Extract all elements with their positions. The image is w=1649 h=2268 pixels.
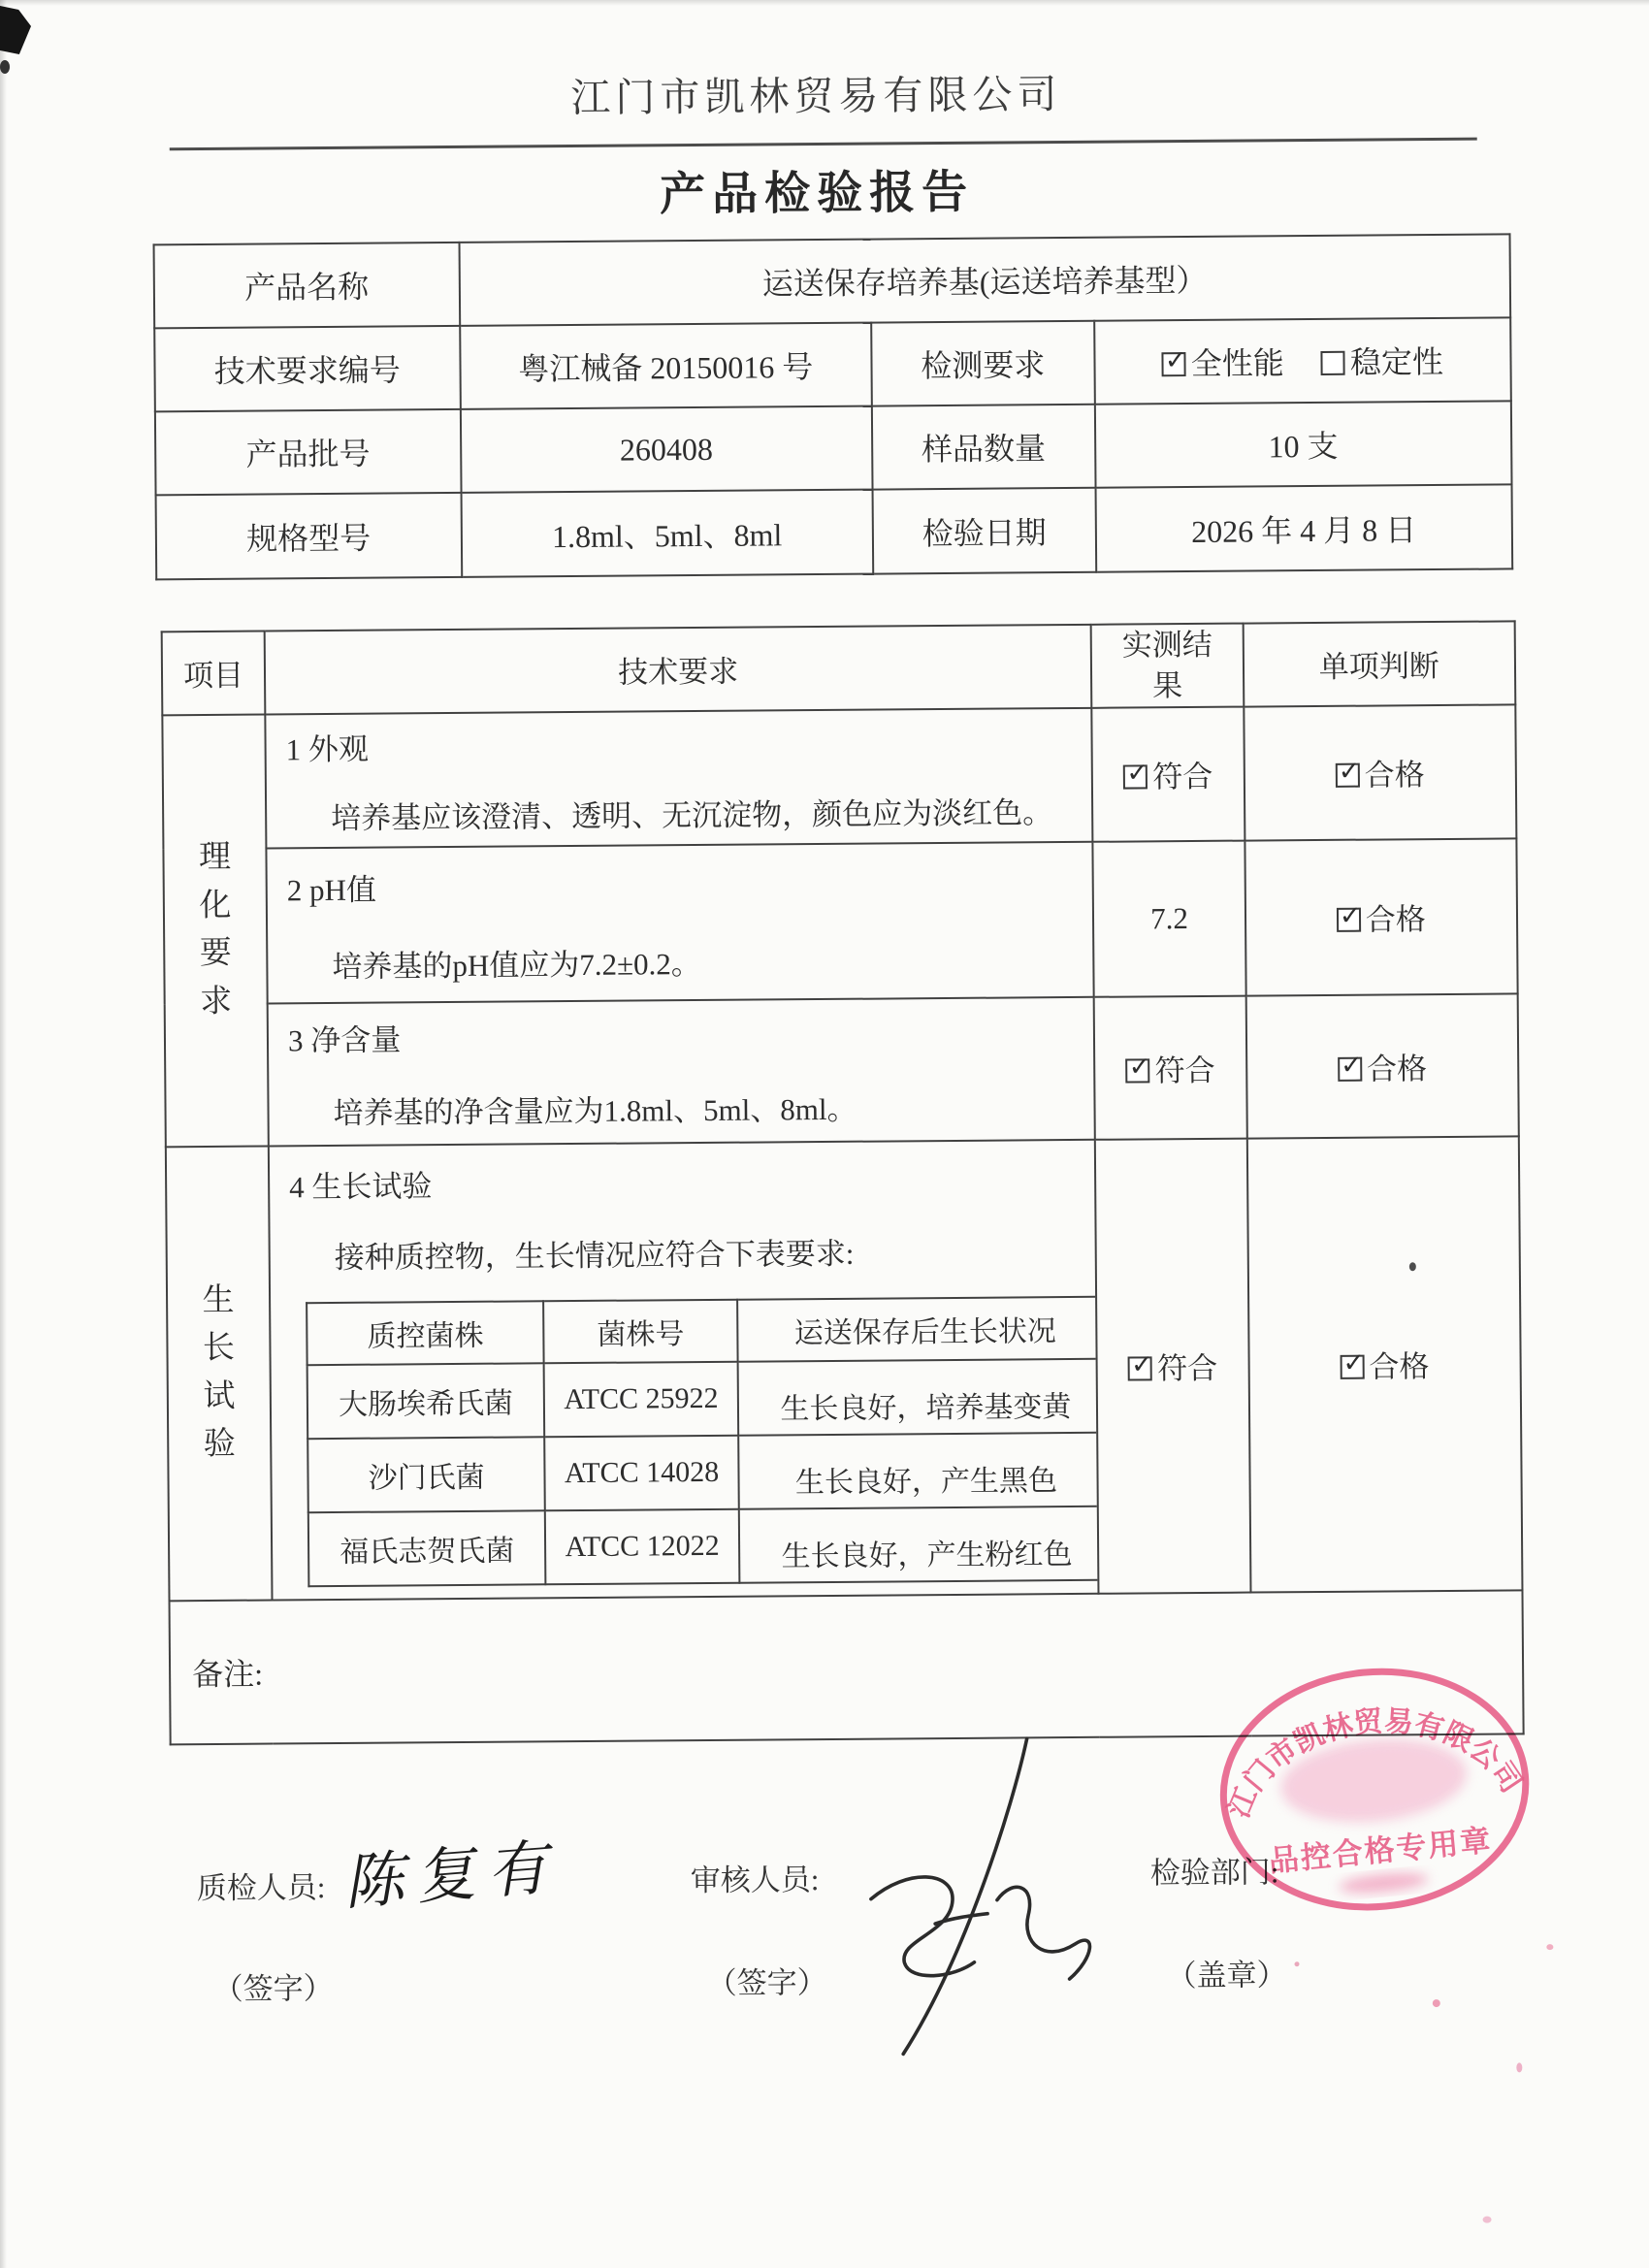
item-number: 2: [287, 873, 303, 907]
requirement-title: 1 外观: [285, 719, 1078, 768]
requirement-title: 4 生长试验: [289, 1156, 1085, 1206]
company-name: 江门市凯林贸易有限公司: [0, 57, 1641, 127]
qc-handwritten-signature: 陈复有: [340, 1819, 562, 1922]
spec-value: 1.8ml、5ml、8ml: [461, 490, 873, 577]
checkbox-checked-icon: [1126, 1058, 1150, 1083]
judgment-text: 合格: [1367, 1052, 1427, 1085]
checkbox-unchecked-icon: [1321, 351, 1345, 375]
col-header-result-text: 实测结果: [1118, 625, 1216, 706]
table-row: 福氏志贺氏菌 ATCC 12022 生长良好，产生粉红色: [308, 1506, 1099, 1586]
col-header-requirement: 技术要求: [265, 625, 1092, 714]
judgment-text: 合格: [1366, 902, 1426, 936]
judgment-net-content: 合格: [1245, 993, 1519, 1138]
item-name: 净含量: [310, 1023, 401, 1058]
table-row: 产品名称 运送保存培养基(运送培养基型）: [154, 234, 1511, 328]
strain-number: ATCC 14028: [545, 1435, 739, 1510]
scan-edge-shadow-left: [0, 0, 7, 2268]
table-row: 规格型号 1.8ml、5ml、8ml 检验日期 2026 年 4 月 8 日: [156, 484, 1513, 579]
result-text: 7.2: [1150, 901, 1188, 935]
requirement-net-content: 3 净含量 培养基的净含量应为1.8ml、5ml、8ml。: [268, 996, 1095, 1146]
scan-edge-shadow-top: [0, 0, 1649, 6]
ink-speck: [1516, 2062, 1522, 2072]
result-text: 符合: [1155, 1053, 1215, 1087]
item-number: 4: [289, 1170, 305, 1204]
result-check: 符合: [1123, 760, 1212, 794]
ink-speck: [1433, 1999, 1440, 2007]
item-name: 生长试验: [311, 1169, 432, 1204]
requirement-appearance: 1 外观 培养基应该澄清、透明、无沉淀物，颜色应为淡红色。: [265, 708, 1092, 849]
requirement-text: 培养基的净含量应为1.8ml、5ml、8ml。: [333, 1083, 1081, 1132]
table-row-ph: 2 pH值 培养基的pH值应为7.2±0.2。 7.2 合格: [163, 838, 1517, 1004]
growth-intro: 接种质控物，生长情况应符合下表要求:: [335, 1227, 1086, 1277]
scanned-report-page: 江门市凯林贸易有限公司 产品检验报告 产品名称 运送保存培养基(运送培养基型） …: [0, 0, 1649, 2268]
page-title: 产品检验报告: [0, 150, 1641, 228]
result-check: 符合: [1126, 1053, 1215, 1088]
option-stability: 稳定性: [1321, 344, 1443, 380]
option-full-performance: 全性能: [1162, 345, 1284, 381]
col-header-judgment: 单项判断: [1243, 621, 1515, 706]
reviewer-handwritten-signature: [806, 1733, 1110, 2084]
strain-no-col-header: 菌株号: [543, 1299, 737, 1363]
table-row-appearance: 理化要求 1 外观 培养基应该澄清、透明、无沉淀物，颜色应为淡红色。 符合 合格: [162, 704, 1516, 849]
group-growth-test: 生长试验: [166, 1146, 273, 1601]
item-name: 外观: [308, 731, 369, 765]
product-name-label: 产品名称: [154, 243, 460, 328]
result-appearance: 符合: [1092, 706, 1245, 841]
requirement-ph: 2 pH值 培养基的pH值应为7.2±0.2。: [266, 842, 1094, 1004]
checkbox-label: 全性能: [1191, 345, 1284, 381]
product-name-value: 运送保存培养基(运送培养基型）: [459, 234, 1510, 326]
strain-number: ATCC 12022: [545, 1508, 739, 1584]
judgment-check: 合格: [1336, 758, 1425, 793]
spec-label: 规格型号: [156, 493, 462, 579]
product-info-table: 产品名称 运送保存培养基(运送培养基型） 技术要求编号 粤江械备 2015001…: [153, 233, 1514, 580]
growth-status: 生长良好，培养基变黄: [737, 1358, 1098, 1435]
growth-strain-table: 质控菌株 菌株号 运送保存后生长状况 大肠埃希氏菌 ATCC 25922 生长良…: [306, 1295, 1099, 1587]
dept-seal-hint: （盖章）: [1166, 1950, 1286, 1994]
stamp-bottom-smudge: [1339, 1870, 1429, 1896]
group-physical-chemical: 理化要求: [162, 714, 269, 1147]
col-header-result: 实测结果: [1091, 624, 1244, 708]
result-check: 符合: [1128, 1351, 1217, 1386]
reviewer-label: 审核人员:: [691, 1855, 820, 1899]
qc-sign-hint: （签字）: [212, 1963, 333, 2008]
table-header-row: 质控菌株 菌株号 运送保存后生长状况: [307, 1296, 1099, 1365]
ink-speck: [1294, 1961, 1299, 1966]
table-header-row: 项目 技术要求 实测结果 单项判断: [162, 621, 1516, 715]
tech-req-no-value: 粤江械备 20150016 号: [460, 323, 872, 409]
checkbox-checked-icon: [1336, 763, 1360, 788]
company-qc-stamp: 江门市凯林贸易有限公司 品控合格专用章: [1201, 1645, 1548, 1933]
requirement-growth-test: 4 生长试验 接种质控物，生长情况应符合下表要求: 质控菌株 菌株号 运送保存后…: [269, 1139, 1099, 1600]
result-text: 符合: [1157, 1351, 1217, 1385]
strain-number: ATCC 25922: [544, 1361, 738, 1437]
growth-status: 生长良好，产生黑色: [738, 1432, 1099, 1508]
date-label: 检验日期: [873, 488, 1096, 574]
checkbox-checked-icon: [1128, 1357, 1152, 1381]
checkbox-checked-icon: [1123, 765, 1148, 790]
report-content: 江门市凯林贸易有限公司 产品检验报告 产品名称 运送保存培养基(运送培养基型） …: [0, 0, 1649, 2268]
requirement-title: 2 pH值: [287, 859, 1080, 909]
judgment-check: 合格: [1340, 1349, 1429, 1384]
inspection-result-table: 项目 技术要求 实测结果 单项判断 理化要求 1 外观 培养基应该澄清、透明、无…: [161, 620, 1525, 1745]
judgment-appearance: 合格: [1244, 704, 1516, 840]
table-row: 沙门氏菌 ATCC 14028 生长良好，产生黑色: [307, 1432, 1099, 1512]
result-check: 7.2: [1150, 901, 1188, 935]
checkbox-checked-icon: [1340, 1355, 1364, 1379]
batch-label: 产品批号: [155, 409, 461, 495]
requirement-text: 培养基的pH值应为7.2±0.2。: [332, 936, 1080, 986]
ink-speck: [1546, 1944, 1553, 1950]
date-value: 2026 年 4 月 8 日: [1095, 484, 1512, 571]
checkbox-checked-icon: [1338, 1056, 1362, 1081]
strain-col-header: 质控菌株: [307, 1301, 544, 1365]
sample-qty-label: 样品数量: [872, 405, 1095, 490]
item-number: 1: [286, 732, 302, 766]
col-header-item: 项目: [162, 632, 266, 716]
tech-req-no-label: 技术要求编号: [154, 326, 460, 411]
header-divider: [170, 138, 1477, 151]
judgment-check: 合格: [1338, 1052, 1427, 1086]
table-row-growth-test: 生长试验 4 生长试验 接种质控物，生长情况应符合下表要求: 质控菌株 菌株号 …: [166, 1136, 1523, 1601]
item-name: pH值: [309, 872, 376, 907]
group-label: 理化要求: [196, 834, 234, 1026]
judgment-text: 合格: [1369, 1349, 1429, 1383]
judgment-ph: 合格: [1245, 838, 1518, 995]
stamp-bottom-text: 品控合格专用章: [1267, 1823, 1493, 1878]
scan-corner-dot: [0, 60, 10, 74]
result-net-content: 符合: [1094, 995, 1246, 1139]
requirement-title: 3 净含量: [288, 1010, 1081, 1059]
ink-speck: [1483, 2217, 1492, 2223]
judgment-check: 合格: [1337, 902, 1426, 937]
result-text: 符合: [1152, 760, 1212, 794]
result-growth-test: 符合: [1095, 1138, 1250, 1593]
table-row: 产品批号 260408 样品数量 10 支: [155, 401, 1512, 495]
growth-status-col-header: 运送保存后生长状况: [737, 1296, 1099, 1361]
group-label: 生长试验: [200, 1277, 238, 1469]
result-ph: 7.2: [1093, 840, 1245, 996]
judgment-growth-test: 合格: [1246, 1136, 1522, 1592]
strain-name: 大肠埃希氏菌: [307, 1363, 545, 1439]
growth-status: 生长良好，产生粉红色: [739, 1506, 1099, 1582]
qc-person-label: 质检人员:: [197, 1863, 326, 1907]
table-row: 技术要求编号 粤江械备 20150016 号 检测要求 全性能稳定性: [154, 317, 1511, 411]
strain-name: 福氏志贺氏菌: [308, 1510, 546, 1586]
strain-name: 沙门氏菌: [307, 1437, 545, 1512]
item-number: 3: [288, 1023, 304, 1057]
ink-speck: [1409, 1262, 1416, 1271]
batch-value: 260408: [460, 406, 872, 493]
checkbox-checked-icon: [1162, 352, 1186, 376]
test-req-label: 检测要求: [871, 321, 1094, 406]
judgment-text: 合格: [1365, 758, 1425, 792]
checkbox-label: 稳定性: [1350, 344, 1443, 380]
requirement-text: 培养基应该澄清、透明、无沉淀物，颜色应为淡红色。: [331, 788, 1079, 837]
test-req-options: 全性能稳定性: [1094, 317, 1511, 404]
checkbox-checked-icon: [1337, 908, 1361, 932]
table-row: 大肠埃希氏菌 ATCC 25922 生长良好，培养基变黄: [307, 1358, 1099, 1439]
sample-qty-value: 10 支: [1095, 401, 1512, 487]
table-row-net-content: 3 净含量 培养基的净含量应为1.8ml、5ml、8ml。 符合 合格: [165, 993, 1519, 1147]
